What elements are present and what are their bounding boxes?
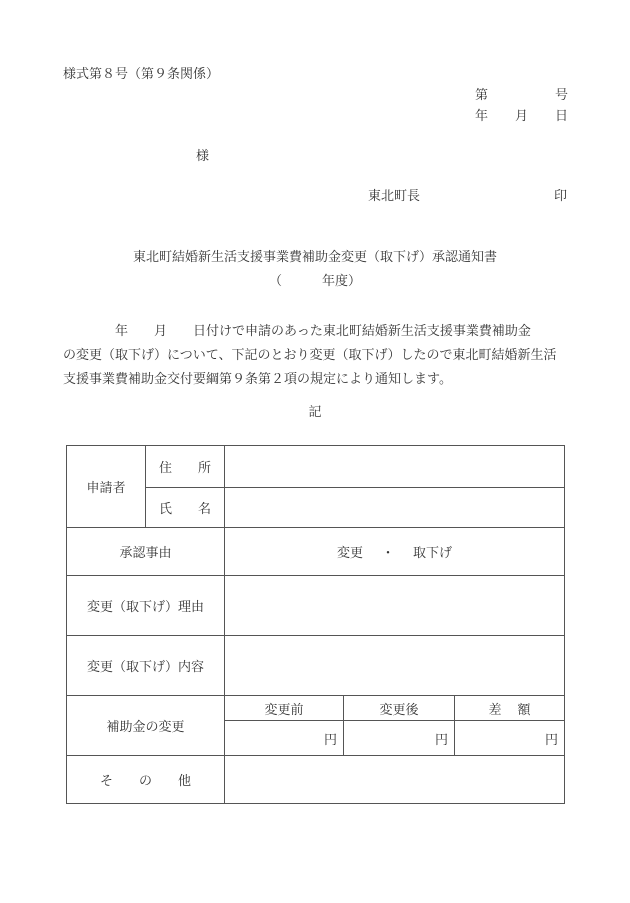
details-table: 申請者 住所 氏名 承認事由 変更・取下げ 変更（取下げ）理由 変更（取下げ）内… bbox=[66, 445, 565, 804]
approval-reason-label: 承認事由 bbox=[67, 528, 225, 576]
body-line: 年 月 日付けで申請のあった東北町結婚新生活支援事業費補助金 bbox=[63, 320, 573, 344]
form-number: 様式第８号（第９条関係） bbox=[63, 68, 219, 81]
other-field[interactable] bbox=[225, 756, 565, 804]
difference-header: 差額 bbox=[455, 696, 565, 721]
change-content-field[interactable] bbox=[225, 636, 565, 696]
option-separator: ・ bbox=[363, 542, 413, 561]
date-year-label: 年 bbox=[475, 110, 488, 123]
option-change[interactable]: 変更 bbox=[337, 546, 363, 561]
seal-mark: 印 bbox=[554, 190, 567, 203]
name-label: 氏名 bbox=[146, 488, 225, 528]
fiscal-year-open: （ bbox=[269, 275, 282, 288]
body-line: 支援事業費補助金交付要綱第９条第２項の規定により通知します。 bbox=[63, 368, 573, 392]
body-line: の変更（取下げ）について、下記のとおり変更（取下げ）したので東北町結婚新生活 bbox=[63, 344, 573, 368]
document-number-prefix: 第 bbox=[475, 89, 488, 102]
document-number-suffix: 号 bbox=[555, 89, 568, 102]
change-reason-field[interactable] bbox=[225, 576, 565, 636]
change-content-label: 変更（取下げ）内容 bbox=[67, 636, 225, 696]
approval-reason-options: 変更・取下げ bbox=[225, 528, 565, 576]
ki-heading: 記 bbox=[0, 406, 630, 419]
address-field[interactable] bbox=[225, 446, 565, 488]
name-field[interactable] bbox=[225, 488, 565, 528]
change-reason-label: 変更（取下げ）理由 bbox=[67, 576, 225, 636]
option-withdraw[interactable]: 取下げ bbox=[413, 546, 452, 561]
body-paragraph: 年 月 日付けで申請のあった東北町結婚新生活支援事業費補助金 の変更（取下げ）に… bbox=[63, 320, 573, 392]
after-header: 変更後 bbox=[344, 696, 455, 721]
date-month-label: 月 bbox=[515, 110, 528, 123]
before-amount-field[interactable]: 円 bbox=[225, 721, 344, 756]
document-title: 東北町結婚新生活支援事業費補助金変更（取下げ）承認通知書 bbox=[0, 251, 630, 264]
other-label: その他 bbox=[67, 756, 225, 804]
after-amount-field[interactable]: 円 bbox=[344, 721, 455, 756]
addressee-honorific: 様 bbox=[196, 150, 209, 163]
issuer-name: 東北町長 bbox=[368, 190, 420, 203]
difference-amount-field[interactable]: 円 bbox=[455, 721, 565, 756]
subsidy-change-label: 補助金の変更 bbox=[67, 696, 225, 756]
applicant-label: 申請者 bbox=[67, 446, 146, 528]
before-header: 変更前 bbox=[225, 696, 344, 721]
fiscal-year: （年度） bbox=[0, 275, 630, 288]
address-label: 住所 bbox=[146, 446, 225, 488]
date-day-label: 日 bbox=[555, 110, 568, 123]
fiscal-year-label: 年度） bbox=[322, 275, 361, 288]
